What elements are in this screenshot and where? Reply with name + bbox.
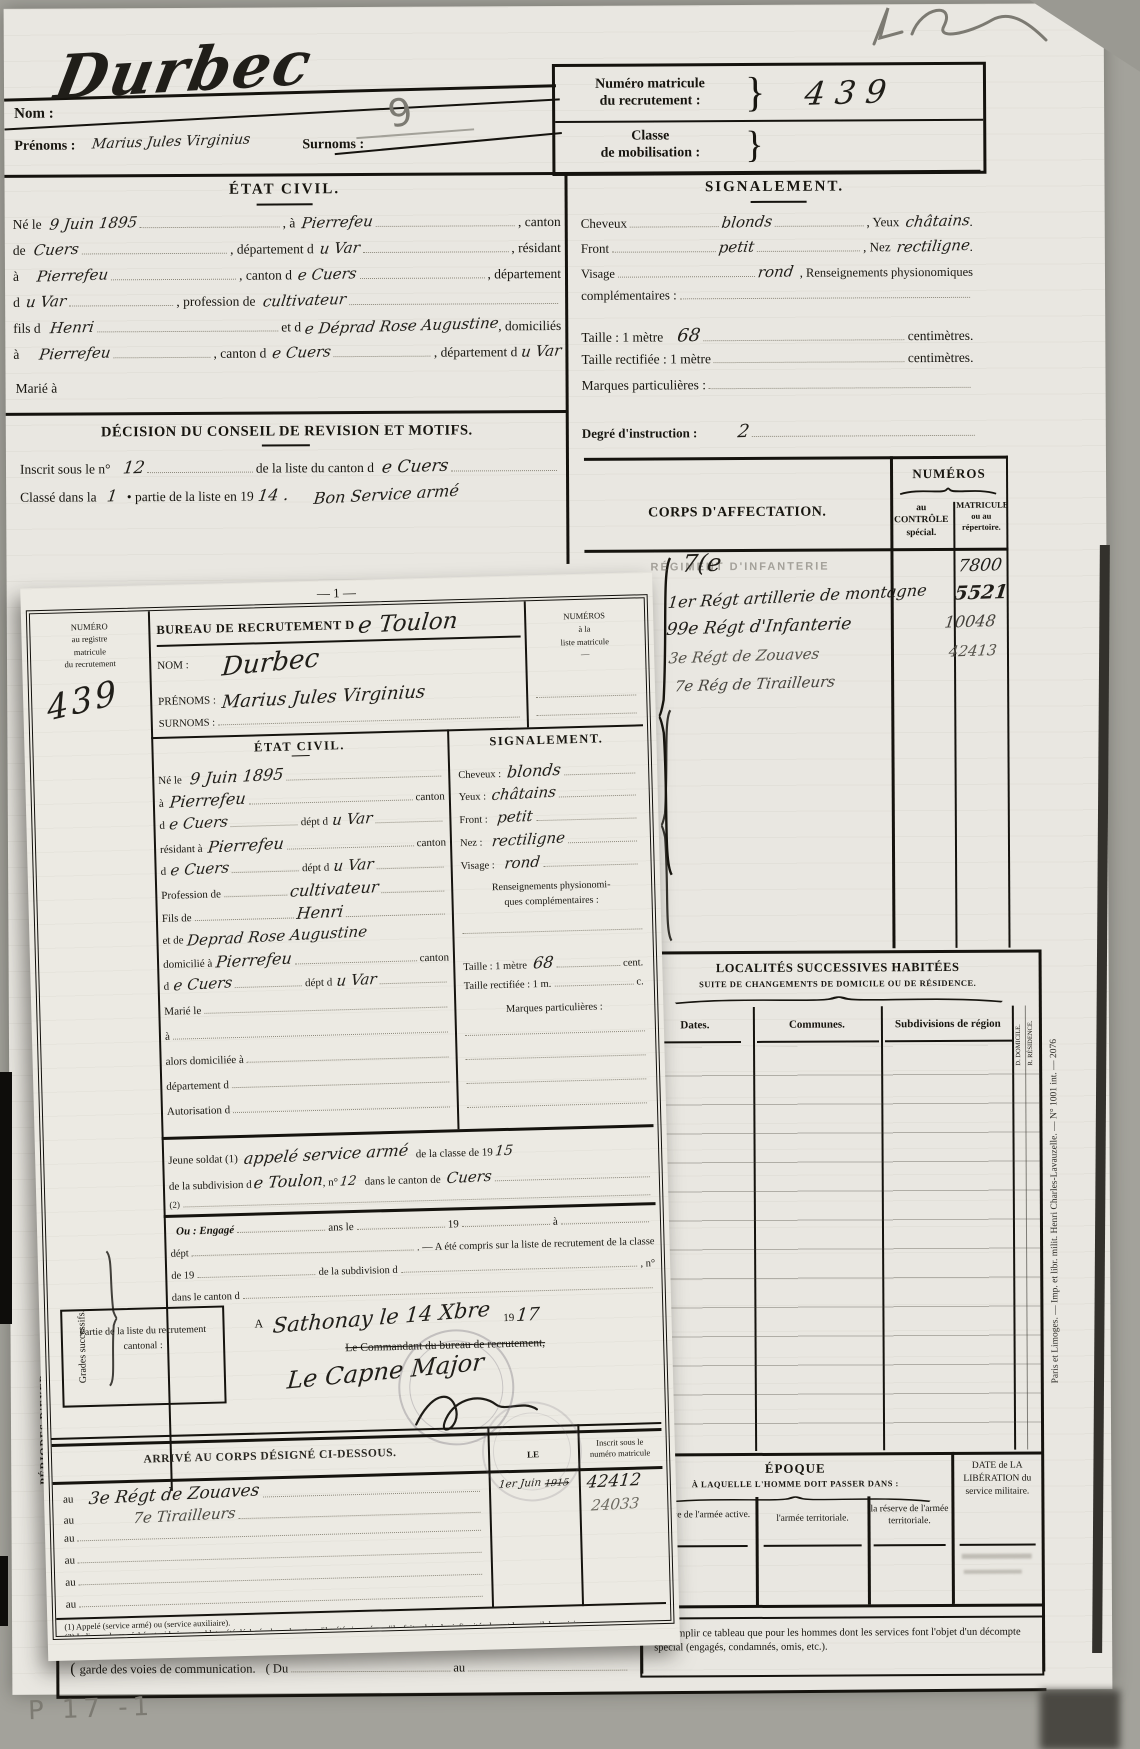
card-ec-5: de Cuersdépt du Var <box>160 853 446 878</box>
dotted-rule <box>204 998 447 1015</box>
page-frame-bottom <box>56 1688 1046 1699</box>
card-engage-3: de 19de la subdivision d, n° <box>171 1256 655 1282</box>
rule-column-divider <box>564 172 569 564</box>
card-ec-8: et deDeprad Rose Augustine <box>162 922 448 947</box>
card-signalement-title: SIGNALEMENT. <box>449 730 643 750</box>
dotted-rule <box>69 294 174 307</box>
dotted-rule <box>197 1265 316 1278</box>
card-numeros-liste-label: NUMÉROS à la liste matricule — <box>528 608 641 662</box>
printer-credit-vertical: Paris et Limoges. — Imp. et libr. milit.… <box>1048 813 1061 1383</box>
dotted-rule <box>78 1543 482 1564</box>
marie-a-label: Marié à <box>16 381 58 397</box>
dotted-rule <box>192 1240 414 1256</box>
title-underline <box>257 203 313 205</box>
card-sig-taille: Taille : 1 mètre68cent. <box>463 950 643 974</box>
dotted-rule <box>703 328 905 342</box>
dotted-rule <box>356 1218 444 1231</box>
matricule-repertoire-col-header: MATRICULE ou au répertoire. <box>956 500 1006 533</box>
dotted-rule <box>537 712 637 716</box>
epoque-divider-1 <box>755 1497 758 1605</box>
dotted-rule <box>235 976 303 988</box>
epoque-title: ÉPOQUE <box>639 1460 951 1478</box>
title-underline <box>262 444 310 446</box>
matricule-label: Numéro matricule du recrutement : <box>555 76 745 111</box>
corps-affectation-header: CORPS D'AFFECTATION. <box>584 504 890 522</box>
dotted-rule <box>97 319 278 332</box>
rule-decision-top <box>6 410 568 415</box>
dotted-rule <box>680 286 970 300</box>
curly-rule <box>669 994 1009 1006</box>
card-sig-nez: Nez :rectiligne <box>460 827 640 850</box>
curly-rule <box>655 1494 935 1504</box>
localites-top-rule <box>637 949 1041 954</box>
corps-row-3: 99e Régt d'Infanterie <box>665 614 852 640</box>
brace-glyph: } <box>745 123 763 167</box>
dotted-rule <box>466 1078 646 1084</box>
dotted-rule <box>349 292 558 306</box>
prenoms-value-handwritten: Marius Jules Virginius <box>91 132 251 153</box>
card-frame: NUMÉRO au registre matricule du recrutem… <box>26 594 675 1640</box>
faint-stamp-mark <box>962 1554 1032 1559</box>
dotted-rule <box>248 790 412 805</box>
dotted-rule <box>709 376 971 390</box>
dotted-rule <box>224 885 287 897</box>
dotted-rule <box>237 1221 325 1234</box>
dotted-rule <box>194 908 293 921</box>
card-nom-line: NOM : Durbec <box>157 641 522 681</box>
ec-line-3: àPierrefeu, canton de Cuers, département <box>13 264 561 285</box>
classe-row: Classe de mobilisation : } <box>555 121 983 169</box>
grades-successifs-vertical: Grades successifs. <box>75 1253 89 1383</box>
dotted-rule <box>468 1659 627 1671</box>
corps-table-right-edge <box>1006 456 1011 948</box>
card-ec-3: de Cuersdépt du Var <box>159 807 445 832</box>
dotted-rule <box>295 951 417 965</box>
sig-line-3: Visagerond, Renseignements physionomique… <box>581 262 973 282</box>
dotted-rule <box>78 1565 482 1586</box>
controle-special-col-header: au CONTRÔLE spécial. <box>892 502 950 539</box>
ec-line-6: àPierrefeu, canton de Cuers, département… <box>13 342 561 363</box>
garde-voies-line: ( garde des voies de communication. ( Du… <box>70 1658 630 1679</box>
arrive-num-2: 24033 <box>590 1494 640 1515</box>
nom-label: Nom : <box>14 106 54 123</box>
dotted-rule <box>363 240 509 253</box>
decision-line-2: Classé dans la1• partie de la liste en 1… <box>20 484 630 506</box>
col-underline <box>885 1040 1013 1043</box>
card-engage-2: dépt. — A été compris sur la liste de re… <box>171 1234 655 1260</box>
card-sig-rens-2: ques complémentaires : <box>461 893 641 909</box>
arrive-header: ARRIVÉ AU CORPS DÉSIGNÉ CI-DESSOUS. <box>52 1445 488 1468</box>
scan-edge-artifact <box>0 1072 12 1324</box>
decision-title: DÉCISION DU CONSEIL DE REVISION ET MOTIF… <box>6 422 568 442</box>
prenoms-label: Prénoms : <box>14 139 75 155</box>
card-departement: département d <box>166 1072 452 1093</box>
card-sig-taille-rect: Taille rectifiée : 1 m.c. <box>464 974 644 992</box>
arrive-num-1: 42412 <box>586 1470 642 1493</box>
title-underline <box>292 755 310 757</box>
corps-num-3: 10048 <box>944 611 998 632</box>
dotted-rule <box>630 215 719 228</box>
corps-table-divider-2 <box>953 502 957 948</box>
pencil-bottom-left: P 17 -1 <box>28 1692 155 1726</box>
corps-num-4: 42413 <box>948 641 998 661</box>
card-ec-10: de Cuersdépt du Var <box>163 968 449 993</box>
scan-shadow <box>1040 1690 1120 1749</box>
sig-line-taille: Taille : 1 mètre68centimètres. <box>581 324 973 347</box>
col-underline <box>960 1544 1036 1546</box>
arrive-numero-header: Inscrit sous le numéro matricule <box>578 1436 663 1460</box>
dotted-rule <box>173 1023 448 1041</box>
corps-row-2: 1er Régt artillerie de montagne <box>667 580 928 612</box>
card-register-label: NUMÉRO au registre matricule du recrutem… <box>30 619 149 671</box>
card-sig-front: Front :petit <box>459 804 639 827</box>
dotted-rule <box>467 1102 647 1108</box>
corps-header-bottom-rule <box>584 548 1008 553</box>
epoque-bottom-rule <box>640 1603 1044 1608</box>
sig-line-2: Frontpetit, Nezrectiligne. <box>581 237 973 257</box>
sig-line-4: complémentaires : <box>581 286 973 304</box>
dotted-rule <box>400 1257 637 1273</box>
title-underline <box>751 201 807 203</box>
dotted-rule <box>140 215 280 228</box>
card-sign-line: A Sathonay le 14 Xbre 19 17 <box>254 1298 646 1332</box>
dotted-rule <box>618 265 755 277</box>
dotted-rule <box>239 1502 481 1519</box>
dotted-rule <box>462 1215 550 1228</box>
dotted-rule <box>494 1167 650 1181</box>
dotted-rule <box>81 241 227 254</box>
card-marie-le: Marié le <box>164 997 450 1018</box>
epoque-col-date: DATE de LA LIBÉRATION du service militai… <box>953 1459 1041 1498</box>
col-underline <box>764 1544 862 1546</box>
card-autorisation: Autorisation d <box>167 1097 453 1118</box>
brace-glyph: ( <box>70 1661 75 1679</box>
classe-label: Classe de mobilisation : <box>555 128 745 163</box>
dotted-rule <box>375 811 443 823</box>
curly-rule <box>898 486 998 497</box>
corps-row-5: 7e Rég de Tirailleurs <box>674 672 837 695</box>
epoque-subtitle: À LAQUELLE L'HOMME DOIT PASSER DANS : <box>639 1478 951 1490</box>
corps-row-4: 3e Régt de Zouaves <box>668 645 821 668</box>
sig-line-marques: Marques particulières : <box>582 376 974 395</box>
recruitment-card: — 1 — NUMÉRO au registre matricule du re… <box>20 572 680 1661</box>
dotted-rule <box>554 975 633 987</box>
localites-empty-rows <box>641 1045 1041 1451</box>
dotted-rule <box>111 267 236 280</box>
card-sig-marques: Marques particulières : <box>464 1000 644 1016</box>
corps-num-2: 5521 <box>953 581 1009 605</box>
dotted-rule <box>559 786 636 798</box>
epoque-col-3: la réserve de l'armée territoriale. <box>869 1504 949 1528</box>
dotted-rule <box>612 240 715 253</box>
sig-line-1: Cheveuxblonds, Yeuxchâtains. <box>581 212 973 232</box>
dotted-rule <box>752 424 975 437</box>
note-box: Ne remplir ce tableau que pour les homme… <box>640 1615 1044 1677</box>
dotted-rule <box>247 1047 449 1063</box>
arrive-row-5: au <box>65 1565 485 1589</box>
faint-stamp-text: RÉGIMENT D'INFANTERIE <box>650 561 829 574</box>
faint-stamp-mark <box>964 1570 1022 1574</box>
ec-line-2: deCuers, département du Var, résidant <box>13 238 561 259</box>
pencil-scribble-icon <box>860 0 1060 80</box>
pencil-scribble-surnoms: 9 <box>384 89 416 137</box>
dotted-rule <box>113 345 210 358</box>
card-prenoms-line: PRÉNOMS : Marius Jules Virginius <box>158 681 522 712</box>
dotted-rule <box>233 1097 450 1113</box>
card-sig-rens-1: Renseignements physionomi- <box>461 878 641 894</box>
numeros-header: NUMÉROS <box>890 466 1008 483</box>
localites-subtitle: SUITE DE CHANGEMENTS DE DOMICILE OU DE R… <box>637 977 1039 989</box>
dotted-rule <box>543 855 638 867</box>
dotted-rule <box>379 972 447 984</box>
dotted-rule <box>714 350 905 363</box>
dotted-rule <box>286 766 441 780</box>
sig-line-taille-rect: Taille rectifiée : 1 mètrecentimètres. <box>581 350 973 369</box>
dotted-rule <box>232 1072 450 1088</box>
dotted-rule <box>466 1054 646 1060</box>
ec-line-5: fils dHenriet de Déprad Rose Augustine, … <box>13 316 561 337</box>
nom-value-handwritten: Durbec <box>49 28 318 114</box>
arrive-date-1: 1er Juin 1915 <box>491 1472 577 1492</box>
brace-icon <box>105 1248 121 1388</box>
dotted-rule <box>536 694 636 698</box>
dotted-rule <box>451 459 557 472</box>
dotted-rule <box>757 239 860 252</box>
dotted-rule <box>536 809 637 822</box>
card-marie-a: à <box>165 1022 451 1043</box>
card-sig-visage: Visage :rond <box>460 850 640 873</box>
dotted-rule <box>346 904 445 917</box>
dotted-rule <box>231 861 299 873</box>
dotted-rule <box>568 832 637 844</box>
ec-line-4: du Var, profession decultivateur <box>13 290 561 311</box>
col-underline <box>757 1040 879 1043</box>
dotted-rule <box>262 1481 480 1497</box>
dotted-rule <box>465 1030 645 1036</box>
dotted-rule <box>556 956 620 968</box>
degre-instruction: Degré d'instruction :2 <box>582 420 978 443</box>
corps-table-top-rule <box>584 456 1008 461</box>
dotted-rule <box>243 1278 653 1299</box>
card-ec-2: àPierrefeucanton <box>159 785 445 811</box>
corps-num-1: 7800 <box>957 555 1003 576</box>
decision-line-1: Inscrit sous le n°12de la liste du canto… <box>20 456 560 479</box>
card-register-number: 439 <box>45 672 121 729</box>
scan-edge-artifact <box>0 1556 8 1626</box>
dotted-rule <box>334 344 431 357</box>
card-ec-1: Né le9 Juin 1895 <box>158 762 444 788</box>
arrive-row-4: au <box>64 1543 484 1567</box>
dotted-rule <box>287 836 414 850</box>
dotted-rule <box>381 881 444 893</box>
card-ec-4: résidant àPierrefeucanton <box>160 830 446 856</box>
dotted-rule <box>291 1660 450 1672</box>
corps-row-1: 7(e <box>681 549 724 578</box>
dotted-rule <box>564 764 636 776</box>
dotted-rule <box>79 1587 483 1608</box>
localites-col-communes: Communes. <box>757 1018 877 1031</box>
dotted-rule <box>376 857 444 869</box>
card-ec-9: domicilié àPierrefeucanton <box>163 945 449 971</box>
card-ec-7: Fils deHenri <box>162 899 448 925</box>
card-engage-1: Ou : Engagéans le19à <box>176 1212 652 1238</box>
dotted-rule <box>359 266 484 279</box>
card-ec-6: Profession decultivateur <box>161 876 447 902</box>
etat-civil-title: ÉTAT CIVIL. <box>5 180 565 200</box>
brace-glyph: } <box>745 69 765 117</box>
signalement-title: SIGNALEMENT. <box>568 178 980 197</box>
card-sig-yeux: Yeux :châtains <box>459 781 639 804</box>
card-sig-cheveux: Cheveux :blonds <box>458 758 638 782</box>
dotted-rule <box>775 214 864 227</box>
ec-line-1: Né le9 Juin 1895, àPierrefeu, canton <box>13 212 561 233</box>
dotted-rule <box>462 928 642 934</box>
epoque-top-rule <box>639 1451 1043 1456</box>
surnoms-label: Surnoms : <box>302 137 364 153</box>
localites-col-subdivisions: Subdivisions de région <box>885 1018 1011 1031</box>
card-alors-domiciliee: alors domiciliée à <box>165 1047 451 1068</box>
epoque-col-2: l'armée territoriale. <box>759 1512 865 1525</box>
dotted-rule <box>230 815 298 827</box>
dotted-rule <box>147 460 253 473</box>
card-surnoms-line: SURNOMS : <box>159 707 523 729</box>
dotted-rule <box>561 1212 649 1225</box>
col-underline <box>874 1544 946 1546</box>
localites-title: LOCALITÉS SUCCESSIVES HABITÉES <box>637 959 1039 976</box>
scanned-register-page: Nom : Durbec Prénoms : Marius Jules Virg… <box>0 0 1140 1749</box>
dotted-rule <box>375 214 515 227</box>
large-brace-icon-2 <box>659 705 673 945</box>
